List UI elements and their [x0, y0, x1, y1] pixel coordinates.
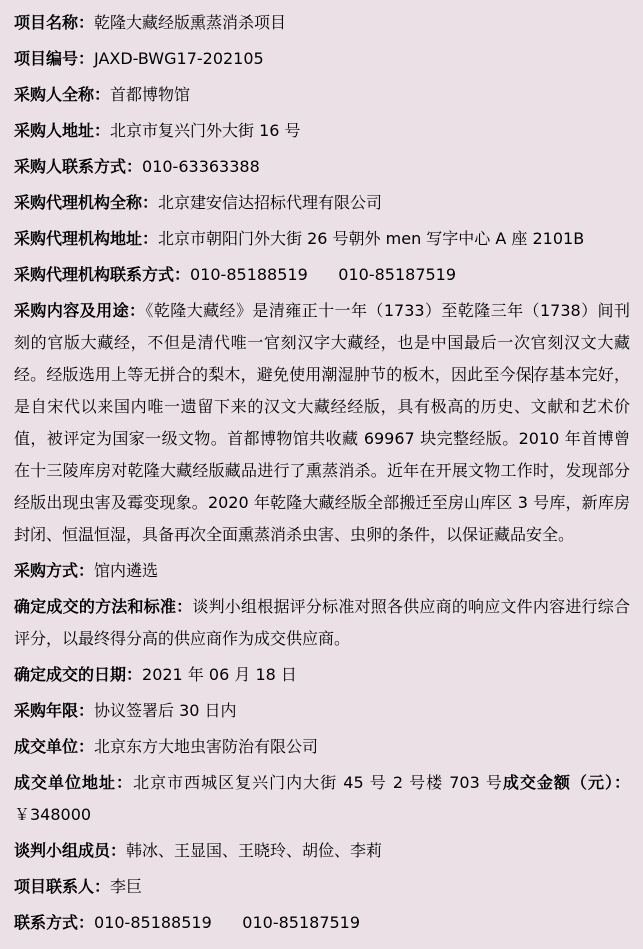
value-purchaser-address: 北京市复兴门外大街 16 号	[110, 121, 301, 140]
label-project-name: 项目名称：	[14, 13, 94, 32]
field-award-method: 确定成交的方法和标准：谈判小组根据评分标准对照各供应商的响应文件内容进行综合评分…	[14, 591, 630, 655]
label-panel-members: 谈判小组成员：	[14, 841, 126, 860]
field-panel-members: 谈判小组成员：韩冰、王显国、王晓玲、胡俭、李莉	[14, 835, 630, 867]
field-agency-contact: 采购代理机构联系方式：010-85188519 010-85187519	[14, 259, 630, 291]
value-winner-address: 北京市西城区复兴门内大街 45 号 2 号楼 703 号	[133, 773, 503, 792]
label-agency-address: 采购代理机构地址：	[14, 229, 158, 248]
value-award-date: 2021 年 06 月 18 日	[142, 665, 297, 684]
field-procurement-method: 采购方式：馆内遴选	[14, 555, 630, 587]
label-winner-address: 成交单位地址：	[14, 773, 133, 792]
value-agency-address: 北京市朝阳门外大街 26 号朝外 men 写字中心 A 座 2101B	[158, 229, 584, 248]
field-project-number: 项目编号：JAXD-BWG17-202105	[14, 43, 630, 75]
label-purchaser-address: 采购人地址：	[14, 121, 110, 140]
label-project-number: 项目编号：	[14, 49, 94, 68]
field-purchaser-contact: 采购人联系方式：010-63363388	[14, 151, 630, 183]
label-purchaser-name: 采购人全称：	[14, 85, 110, 104]
value-project-contact: 李巨	[110, 877, 142, 896]
value-purchaser-name: 首都博物馆	[110, 85, 190, 104]
field-content-purpose[interactable]: 采购内容及用途：《乾隆大藏经》是清雍正十一年（1733）至乾隆三年（1738）间…	[14, 295, 630, 551]
field-winner-name: 成交单位：北京东方大地虫害防治有限公司	[14, 731, 630, 763]
label-agency-contact: 采购代理机构联系方式：	[14, 265, 190, 284]
field-purchaser-address: 采购人地址：北京市复兴门外大街 16 号	[14, 115, 630, 147]
value-panel-members: 韩冰、王显国、王晓玲、胡俭、李莉	[126, 841, 382, 860]
value-content-purpose-after-caret: 存基本完好，是自宋代以来国内唯一遗留下来的汉文大藏经经版，具有极高的历史、文献和…	[14, 365, 630, 544]
value-purchaser-contact: 010-63363388	[142, 157, 260, 176]
field-project-contact: 项目联系人：李巨	[14, 871, 630, 903]
label-contact-phone: 联系方式：	[14, 913, 94, 932]
field-winner-address-and-amount: 成交单位地址：北京市西城区复兴门内大街 45 号 2 号楼 703 号成交金额（…	[14, 767, 630, 831]
label-project-contact: 项目联系人：	[14, 877, 110, 896]
label-content-purpose: 采购内容及用途：	[14, 301, 145, 320]
value-project-name: 乾隆大藏经版熏蒸消杀项目	[94, 13, 286, 32]
field-agency-name: 采购代理机构全称：北京建安信达招标代理有限公司	[14, 187, 630, 219]
procurement-award-document[interactable]: 项目名称：乾隆大藏经版熏蒸消杀项目 项目编号：JAXD-BWG17-202105…	[14, 7, 630, 939]
label-procurement-period: 采购年限：	[14, 701, 94, 720]
label-purchaser-contact: 采购人联系方式：	[14, 157, 142, 176]
field-agency-address: 采购代理机构地址：北京市朝阳门外大街 26 号朝外 men 写字中心 A 座 2…	[14, 223, 630, 255]
field-contact-phone: 联系方式：010-85188519 010-85187519	[14, 907, 630, 939]
value-project-number: JAXD-BWG17-202105	[94, 49, 264, 68]
value-procurement-method: 馆内遴选	[94, 561, 158, 580]
field-procurement-period: 采购年限：协议签署后 30 日内	[14, 695, 630, 727]
label-procurement-method: 采购方式：	[14, 561, 94, 580]
value-winner-name: 北京东方大地虫害防治有限公司	[94, 737, 318, 756]
value-agency-name: 北京建安信达招标代理有限公司	[158, 193, 382, 212]
field-project-name: 项目名称：乾隆大藏经版熏蒸消杀项目	[14, 7, 630, 39]
value-procurement-period: 协议签署后 30 日内	[94, 701, 237, 720]
value-award-amount: ￥348000	[14, 805, 91, 824]
field-purchaser-name: 采购人全称：首都博物馆	[14, 79, 630, 111]
label-agency-name: 采购代理机构全称：	[14, 193, 158, 212]
label-award-date: 确定成交的日期：	[14, 665, 142, 684]
label-award-method: 确定成交的方法和标准：	[14, 597, 192, 616]
value-contact-phone: 010-85188519 010-85187519	[94, 913, 360, 932]
label-award-amount: 成交金额（元）：	[503, 773, 630, 792]
label-winner-name: 成交单位：	[14, 737, 94, 756]
field-award-date: 确定成交的日期：2021 年 06 月 18 日	[14, 659, 630, 691]
value-agency-contact: 010-85188519 010-85187519	[190, 265, 456, 284]
